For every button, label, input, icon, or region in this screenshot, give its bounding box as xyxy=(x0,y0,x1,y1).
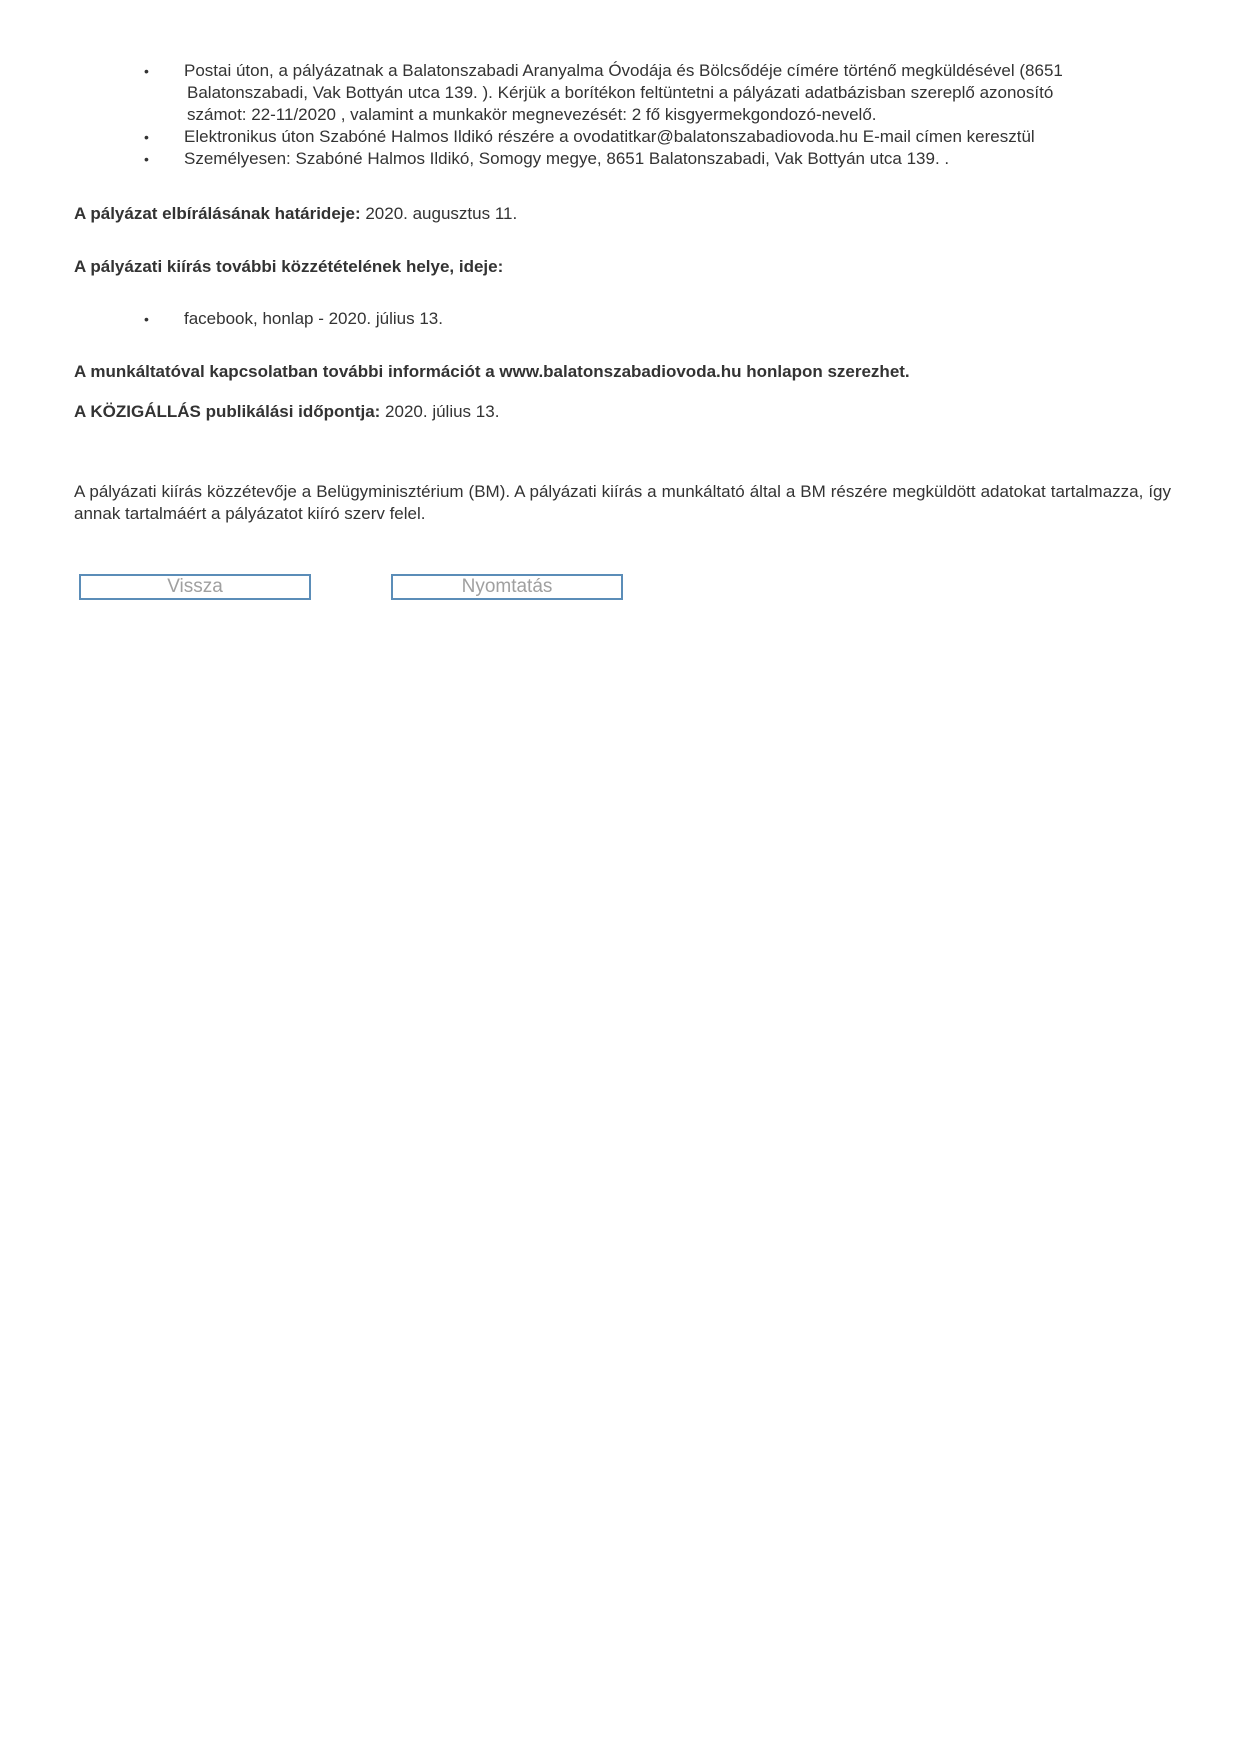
list-item-personal: • Személyesen: Szabóné Halmos Ildikó, So… xyxy=(74,148,1174,170)
bullet-icon: • xyxy=(144,126,154,148)
deadline-value: 2020. augusztus 11. xyxy=(361,204,518,223)
personal-text: Személyesen: Szabóné Halmos Ildikó, Somo… xyxy=(184,148,1174,170)
list-item-publication: • facebook, honlap - 2020. július 13. xyxy=(74,308,1174,330)
publication-list: • facebook, honlap - 2020. július 13. xyxy=(74,308,1174,330)
publication-text: facebook, honlap - 2020. július 13. xyxy=(184,308,1174,330)
postal-line-3: számot: 22-11/2020 , valamint a munkakör… xyxy=(184,104,1166,126)
kozigallas-value: 2020. július 13. xyxy=(380,402,499,421)
submission-methods-list: • Postai úton, a pályázatnak a Balatonsz… xyxy=(74,60,1174,170)
bullet-icon: • xyxy=(144,308,154,330)
list-item-postal: • Postai úton, a pályázatnak a Balatonsz… xyxy=(74,60,1174,126)
kozigallas-label: A KÖZIGÁLLÁS publikálási időpontja: xyxy=(74,402,380,421)
bullet-icon: • xyxy=(144,60,154,82)
list-item-electronic: • Elektronikus úton Szabóné Halmos Ildik… xyxy=(74,126,1174,148)
electronic-text: Elektronikus úton Szabóné Halmos Ildikó … xyxy=(184,126,1174,148)
publication-heading: A pályázati kiírás további közzétételéne… xyxy=(74,256,503,278)
print-button[interactable]: Nyomtatás xyxy=(391,574,623,600)
deadline-label: A pályázat elbírálásának határideje: xyxy=(74,204,361,223)
back-button[interactable]: Vissza xyxy=(79,574,311,600)
disclaimer-text: A pályázati kiírás közzétevője a Belügym… xyxy=(74,481,1171,525)
evaluation-deadline: A pályázat elbírálásának határideje: 202… xyxy=(74,203,517,225)
postal-line-2: Balatonszabadi, Vak Bottyán utca 139. ).… xyxy=(184,82,1166,104)
employer-info: A munkáltatóval kapcsolatban további inf… xyxy=(74,361,910,383)
bullet-icon: • xyxy=(144,148,154,170)
postal-line-1: Postai úton, a pályázatnak a Balatonszab… xyxy=(184,61,1063,80)
kozigallas-publication-date: A KÖZIGÁLLÁS publikálási időpontja: 2020… xyxy=(74,401,499,423)
